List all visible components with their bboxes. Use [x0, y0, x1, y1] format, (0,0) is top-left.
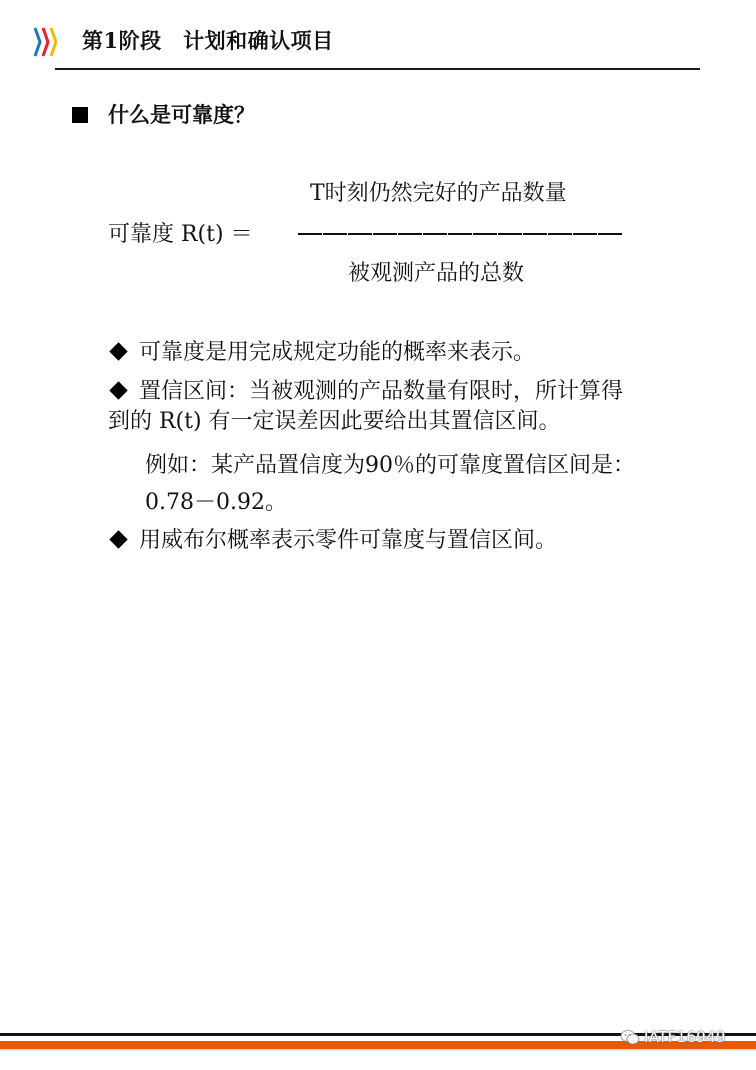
- bullet-text: 可靠度是用完成规定功能的概率来表示。: [139, 340, 535, 365]
- bullet-item-1: 可靠度是用完成规定功能的概率来表示。: [108, 337, 535, 369]
- formula-denominator: 被观测产品的总数: [348, 258, 524, 290]
- section-heading: 什么是可靠度？: [72, 100, 255, 130]
- watermark-text: IATF16949: [644, 1028, 726, 1046]
- diamond-bullet-icon: [109, 530, 127, 548]
- example-line-2: 0.78－0.92。: [145, 487, 287, 519]
- section-heading-text: 什么是可靠度？: [108, 100, 255, 130]
- wechat-icon: [620, 1029, 640, 1045]
- bullet-item-3: 用威布尔概率表示零件可靠度与置信区间。: [108, 525, 557, 557]
- diamond-bullet-icon: [109, 381, 127, 399]
- watermark: IATF16949: [620, 1028, 726, 1046]
- formula-lhs: 可靠度 R(t) ＝: [108, 219, 253, 251]
- bullet-text: 置信区间：当被观测的产品数量有限时，所计算得: [139, 379, 623, 404]
- brand-chevrons-icon: [33, 26, 57, 58]
- fraction-bar: [298, 233, 622, 235]
- page-title: 第1阶段 计划和确认项目: [82, 26, 334, 56]
- example-line-1: 例如：某产品置信度为90％的可靠度置信区间是：: [145, 450, 635, 482]
- footer-shadow: [0, 1049, 756, 1052]
- diamond-bullet-icon: [109, 342, 127, 360]
- formula-numerator: T时刻仍然完好的产品数量: [310, 178, 567, 210]
- header-divider: [55, 68, 700, 70]
- bullet-item-2-continuation: 到的 R(t) 有一定误差因此要给出其置信区间。: [108, 406, 561, 438]
- square-bullet-icon: [72, 107, 88, 123]
- bullet-item-2: 置信区间：当被观测的产品数量有限时，所计算得: [108, 376, 623, 408]
- bullet-text: 用威布尔概率表示零件可靠度与置信区间。: [139, 528, 557, 553]
